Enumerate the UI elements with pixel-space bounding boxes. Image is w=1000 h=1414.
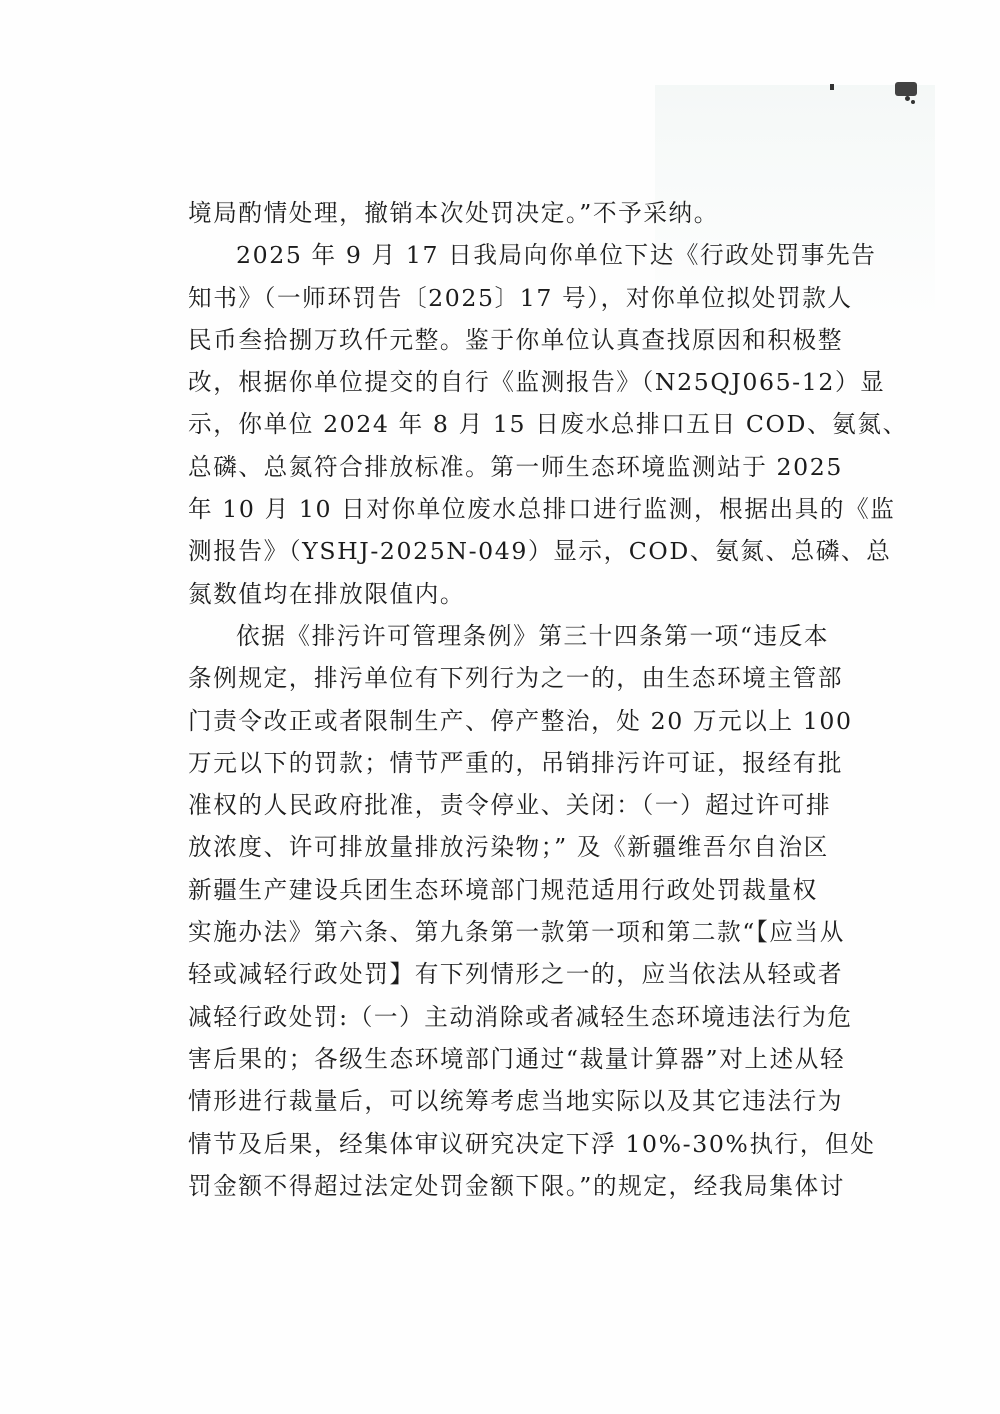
- text-line: 轻或减轻行政处罚】有下列情形之一的，应当依法从轻或者: [188, 953, 814, 995]
- text-line: 示，你单位 2024 年 8 月 15 日废水总排口五日 COD、氨氮、: [188, 403, 814, 445]
- text-line: 准权的人民政府批准，责令停业、关闭：（一）超过许可排: [188, 784, 814, 826]
- text-line: 实施办法》第六条、第九条第一款第一项和第二款“【应当从: [188, 911, 814, 953]
- text-line: 减轻行政处罚:（一）主动消除或者减轻生态环境违法行为危: [188, 996, 814, 1038]
- paragraph-start-line: 依据《排污许可管理条例》第三十四条第一项“违反本: [188, 615, 814, 657]
- text-line: 改，根据你单位提交的自行《监测报告》（N25QJ065-12）显: [188, 361, 814, 403]
- text-line: 总磷、总氮符合排放标准。第一师生态环境监测站于 2025: [188, 446, 814, 488]
- text-line: 放浓度、许可排放量排放污染物；” 及《新疆维吾尔自治区: [188, 826, 814, 868]
- paragraph-start-line: 2025 年 9 月 17 日我局向你单位下达《行政处罚事先告: [188, 234, 814, 276]
- text-line: 测报告》（YSHJ-2025N-049）显示，COD、氨氮、总磷、总: [188, 530, 814, 572]
- text-line: 万元以下的罚款；情节严重的，吊销排污许可证，报经有批: [188, 742, 814, 784]
- text-line: 罚金额不得超过法定处罚金额下限。”的规定，经我局集体讨: [188, 1165, 814, 1207]
- text-line: 害后果的；各级生态环境部门通过“裁量计算器”对上述从轻: [188, 1038, 814, 1080]
- scanned-document-page: 境局酌情处理，撤销本次处罚决定。”不予采纳。 2025 年 9 月 17 日我局…: [0, 0, 1000, 1414]
- scan-artifact: [911, 100, 915, 104]
- text-line: 门责令改正或者限制生产、停产整治，处 20 万元以上 100: [188, 700, 814, 742]
- scan-artifact: [895, 82, 917, 96]
- scan-artifact: [830, 84, 834, 90]
- document-body: 境局酌情处理，撤销本次处罚决定。”不予采纳。 2025 年 9 月 17 日我局…: [188, 192, 814, 1207]
- text-line: 情节及后果，经集体审议研究决定下浮 10%-30%执行，但处: [188, 1123, 814, 1165]
- scan-artifact: [905, 96, 910, 101]
- text-line: 民币叁拾捌万玖仟元整。鉴于你单位认真查找原因和积极整: [188, 319, 814, 361]
- text-line: 境局酌情处理，撤销本次处罚决定。”不予采纳。: [188, 192, 814, 234]
- text-line: 情形进行裁量后，可以统筹考虑当地实际以及其它违法行为: [188, 1080, 814, 1122]
- text-line: 知书》（一师环罚告〔2025〕17 号），对你单位拟处罚款人: [188, 277, 814, 319]
- text-line: 新疆生产建设兵团生态环境部门规范适用行政处罚裁量权: [188, 869, 814, 911]
- text-line: 年 10 月 10 日对你单位废水总排口进行监测，根据出具的《监: [188, 488, 814, 530]
- text-line: 条例规定，排污单位有下列行为之一的，由生态环境主管部: [188, 657, 814, 699]
- text-line: 氮数值均在排放限值内。: [188, 573, 814, 615]
